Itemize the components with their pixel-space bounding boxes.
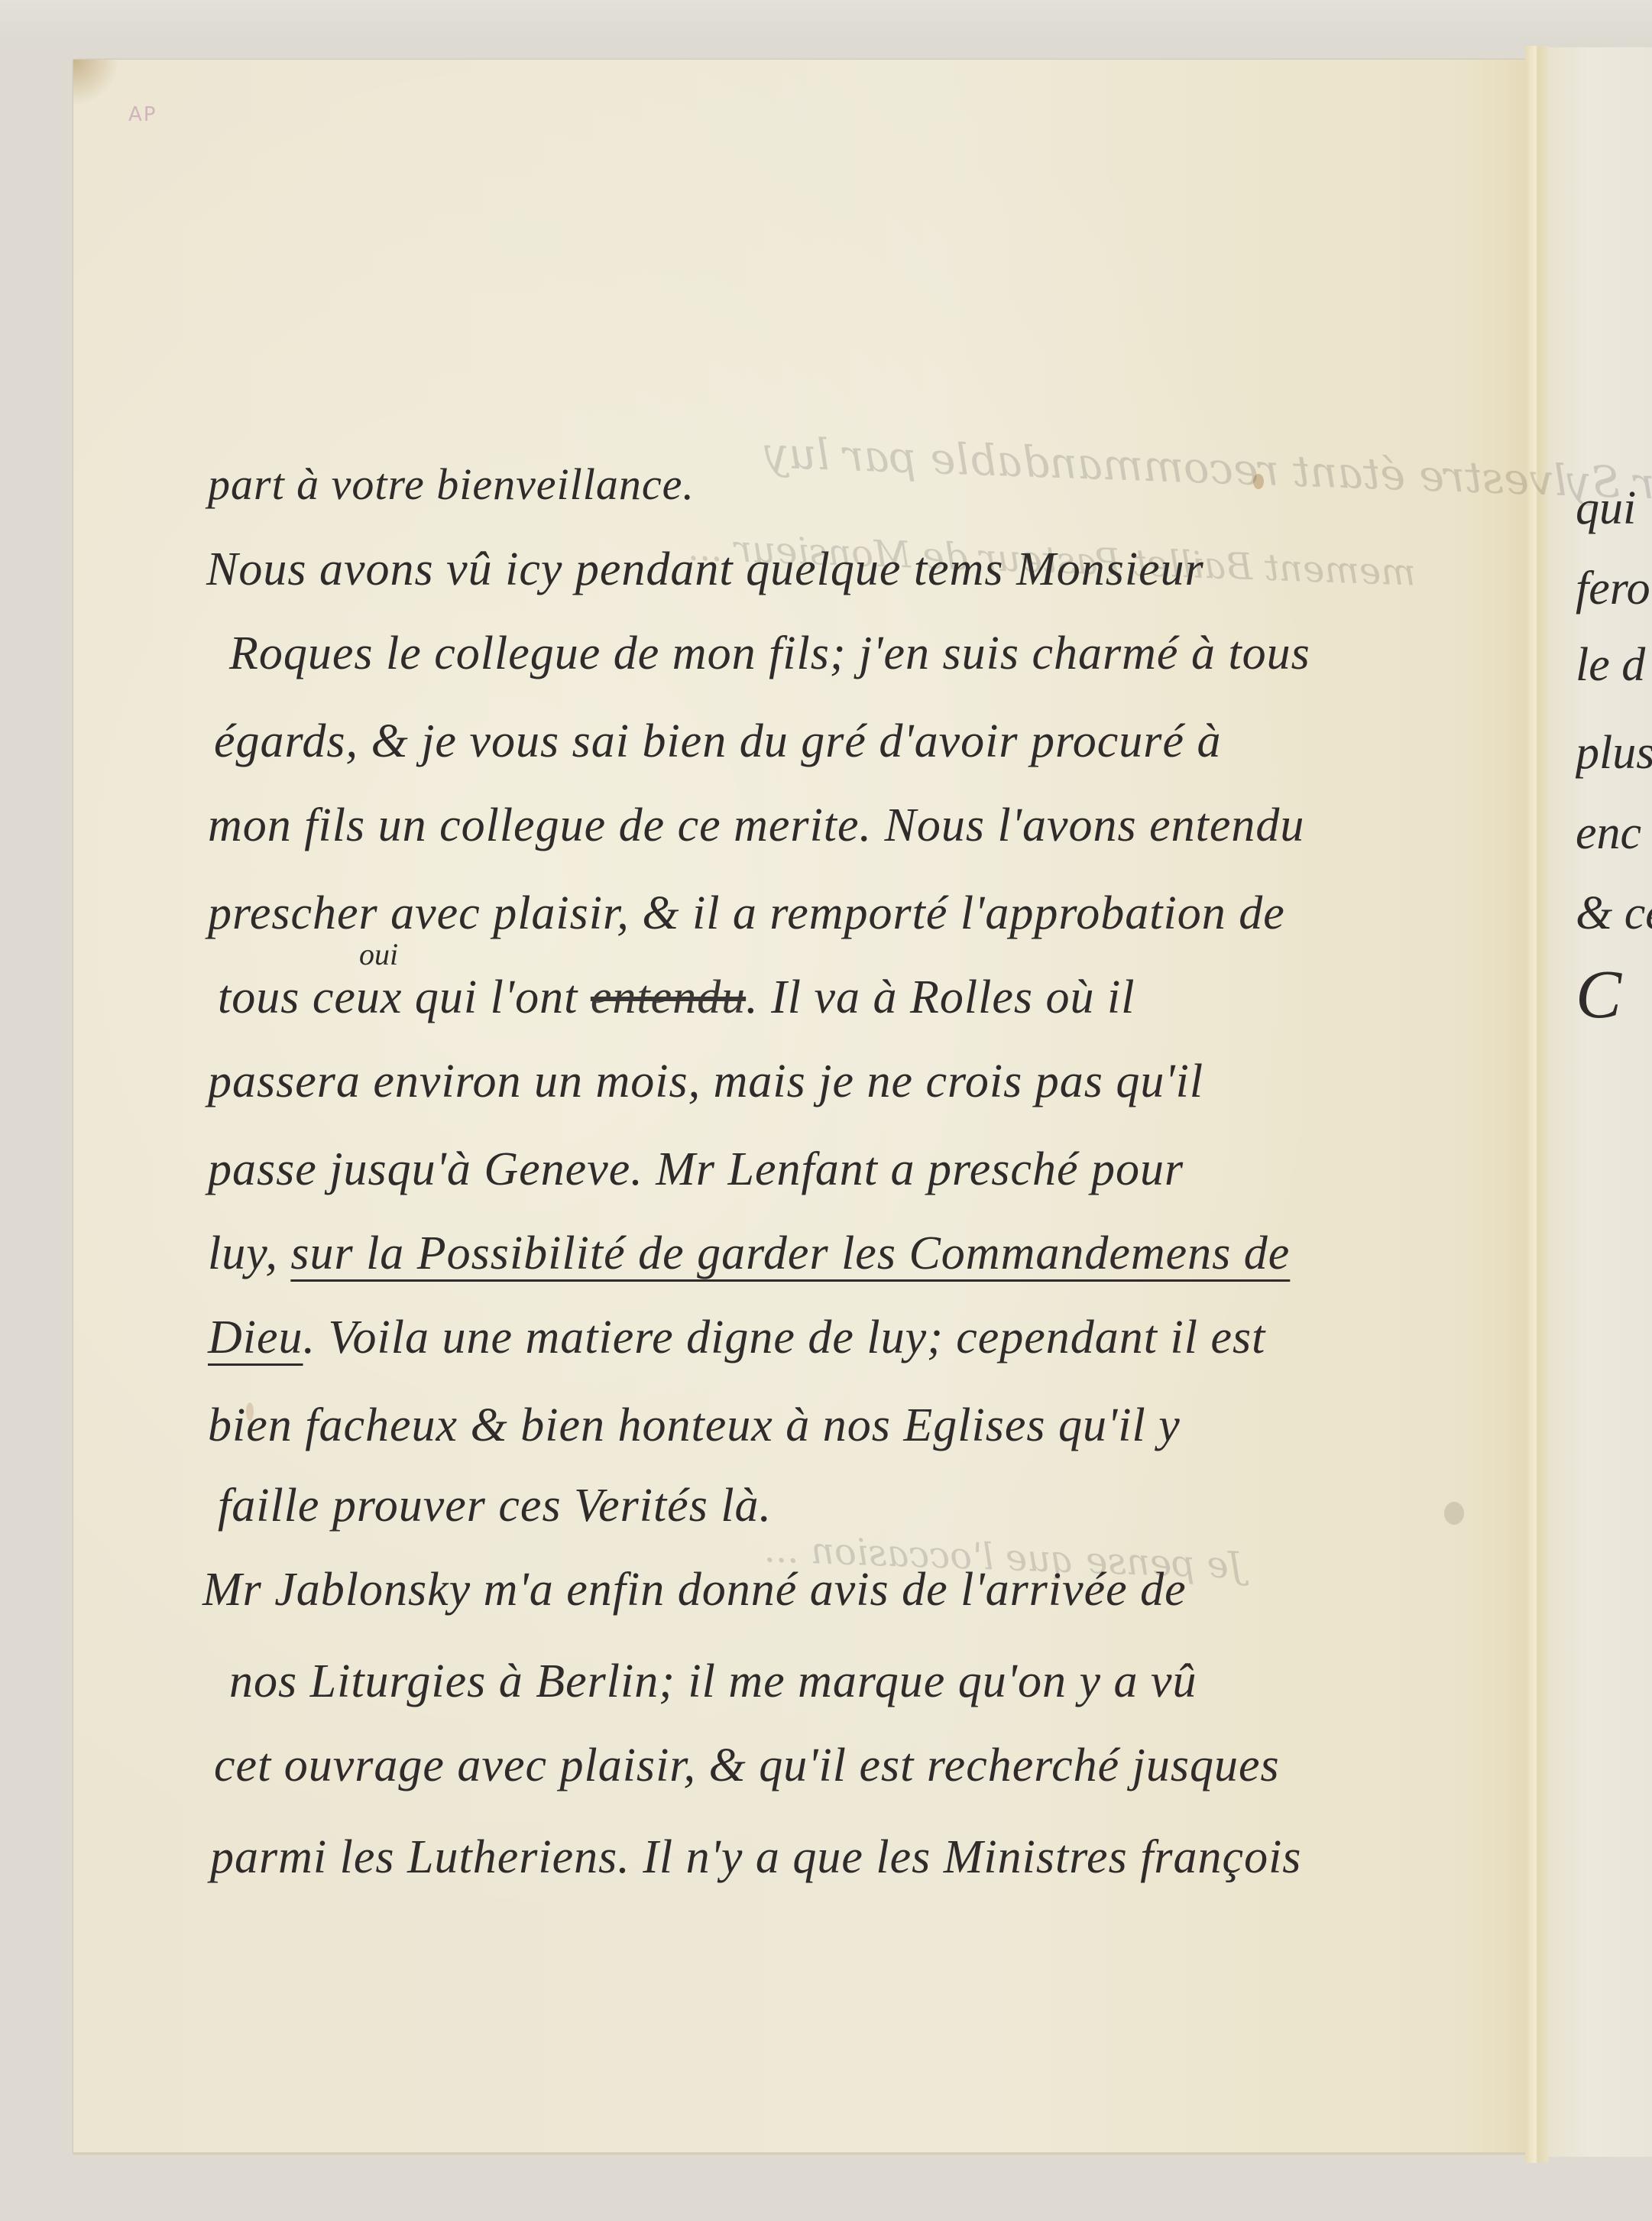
facing-page-fragment: & cé: [1576, 887, 1652, 941]
struck-word: entendu: [591, 971, 746, 1023]
facing-page-fragment: enc: [1576, 806, 1652, 861]
text-line-14: Mr Jablonsky m'a enfin donné avis de l'a…: [202, 1563, 1187, 1617]
text-line-2: Nous avons vû icy pendant quelque tems M…: [206, 543, 1204, 597]
paper-stain: [1253, 474, 1264, 489]
text-line-15: nos Liturgies à Berlin; il me marque qu'…: [229, 1655, 1197, 1709]
text-line-5: mon fils un collegue de ce merite. Nous …: [208, 799, 1304, 853]
text-line-12: bien facheux & bien honteux à nos Eglise…: [208, 1399, 1181, 1453]
underlined-phrase: sur la Possibilité de garder les Command…: [290, 1227, 1290, 1279]
text-line-17: parmi les Lutheriens. Il n'y a que les M…: [210, 1830, 1301, 1885]
text-line-13: faille prouver ces Verités là.: [218, 1479, 772, 1533]
facing-page-fragment: C: [1576, 955, 1652, 1034]
facing-page-fragment: plus: [1576, 726, 1652, 780]
text-line-1: part à votre bienveillance.: [208, 459, 695, 510]
text-line-7: tous ceux qui l'ont entendu. Il va à Rol…: [218, 971, 1135, 1025]
text-line-6: prescher avec plaisir, & il a remporté l…: [208, 887, 1285, 941]
text-line-10: luy, sur la Possibilité de garder les Co…: [208, 1227, 1290, 1281]
binding-fold: [1525, 46, 1548, 2163]
underlined-word: Dieu: [208, 1312, 303, 1363]
scan-background: [0, 0, 1652, 46]
facing-page-fragment: fero: [1576, 562, 1652, 616]
interlinear-insertion: oui: [359, 936, 398, 972]
pencil-annotation: AP: [128, 103, 157, 126]
facing-page: [1548, 47, 1652, 2157]
facing-page-fragment: le d: [1576, 638, 1652, 692]
text-line-16: cet ouvrage avec plaisir, & qu'il est re…: [214, 1739, 1280, 1793]
ink-blot: [1444, 1502, 1464, 1525]
text-line-3: Roques le collegue de mon fils; j'en sui…: [229, 627, 1310, 681]
text-line-4: égards, & je vous sai bien du gré d'avoi…: [214, 715, 1221, 769]
text-segment: tous ceux qui l'ont: [218, 971, 591, 1023]
text-segment: . Il va à Rolles où il: [746, 971, 1135, 1023]
text-segment: luy,: [208, 1227, 290, 1279]
text-segment: . Voila une matiere digne de luy; cepend…: [303, 1312, 1266, 1363]
text-line-11: Dieu. Voila une matiere digne de luy; ce…: [208, 1311, 1265, 1365]
facing-page-fragment: qui: [1576, 481, 1652, 536]
text-line-8: passera environ un mois, mais je ne croi…: [208, 1055, 1203, 1109]
text-line-9: passe jusqu'à Geneve. Mr Lenfant a presc…: [208, 1143, 1184, 1197]
